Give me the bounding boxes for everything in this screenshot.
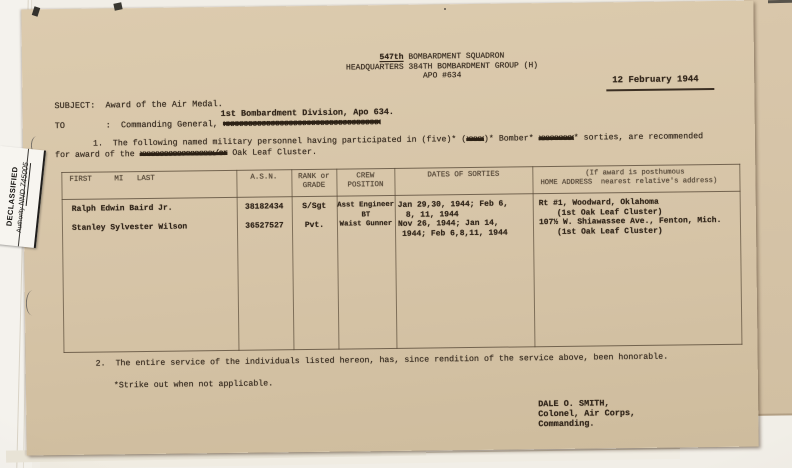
background-sliver (768, 0, 792, 3)
col-header-asn: A.S.N. (236, 173, 291, 183)
table-row1-asn: 38182434 (237, 202, 292, 212)
squadron-number: 547th (379, 53, 403, 62)
letterhead-line3: APO #634 (302, 70, 582, 83)
document-sheet: 547th BOMBARDMENT SQUADRON HEADQUARTERS … (21, 1, 758, 456)
para1-seg2: )* Bomber* (484, 134, 539, 144)
to-line: TO : Commanding General, xxxxxxxxxxxxxxx… (55, 118, 381, 131)
para1-line2-struck: xxxxxxxxxxxxxxxxx/or (140, 149, 228, 159)
document-date: 12 February 1944 (612, 75, 699, 86)
to-struck-text: xxxxxxxxxxxxxxxxxxxxxxxxxxxxxxxxxxx (223, 117, 381, 129)
table-row2-address-l2: (1st Oak Leaf Cluster) (557, 226, 663, 237)
document-photo: 547th BOMBARDMENT SQUADRON HEADQUARTERS … (0, 0, 792, 468)
stamp-text: DECLASSIFIED Authority NND 745005 (3, 148, 32, 245)
para1-struck2: xxxxxxxx (539, 134, 574, 143)
paragraph-1-line2: for award of the xxxxxxxxxxxxxxxxx/or Oa… (55, 148, 317, 161)
table-row2-position-l1: Waist Gunner (332, 220, 400, 230)
para1-line2-seg2: Oak Leaf Cluster. (227, 148, 317, 158)
table-row2-name: Stanley Sylvester Wilson (72, 222, 187, 233)
table-row2-rank: Pvt. (292, 221, 337, 231)
paragraph-2: 2. The entire service of the individuals… (96, 353, 669, 369)
col-header-name: FIRST MI LAST (69, 175, 155, 186)
para1-seg1: 1. The following named military personne… (93, 135, 467, 149)
table-row2-dates-l2: 1944; Feb 6,8,11, 1944 (402, 228, 508, 239)
col-header-dates: DATES OF SORTIES (394, 170, 532, 181)
col-header-home-l2: HOME ADDRESS nearest relative's address) (540, 177, 717, 189)
table-row1-name: Ralph Edwin Baird Jr. (72, 204, 173, 215)
pencil-mark (26, 290, 40, 315)
stamp-authority-label: Authority (16, 207, 26, 233)
col-header-rank-l2: GRADE (291, 182, 336, 192)
subject-line: SUBJECT: Award of the Air Medal. (54, 100, 222, 112)
paragraph-1-line1: 1. The following named military personne… (93, 132, 703, 149)
to-text: TO : Commanding General, (55, 119, 223, 131)
table-row2-asn: 36527527 (237, 221, 292, 231)
awards-table: FIRST MI LAST A.S.N. RANK or GRADE CREW … (61, 164, 742, 353)
footnote: *Strike out when not applicable. (114, 379, 273, 390)
para1-line2-seg1: for award of the (55, 150, 140, 160)
date-underline (606, 88, 714, 91)
table-vline (739, 164, 742, 345)
table-row1-rank: S/Sgt (292, 202, 337, 212)
col-header-crew-l2: POSITION (336, 181, 394, 191)
table-border-bottom (63, 344, 742, 353)
signature-role: Commanding. (538, 420, 594, 430)
para1-struck1: xxxx (466, 135, 484, 144)
dust-speck (444, 8, 446, 10)
para1-seg3: * sorties, are recommended (574, 132, 704, 143)
